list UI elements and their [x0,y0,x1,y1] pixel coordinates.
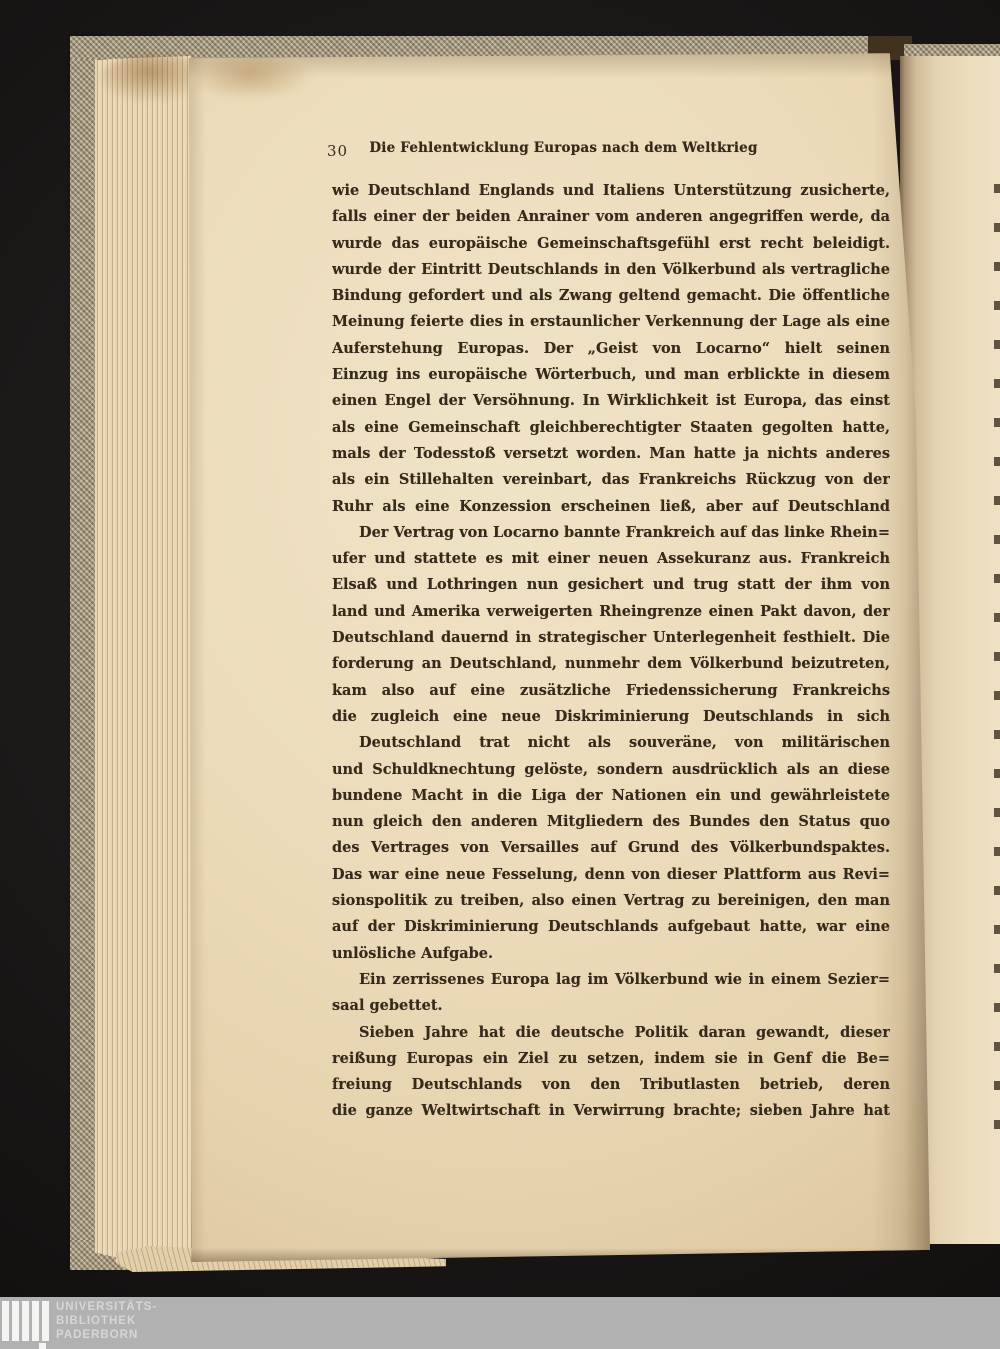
library-watermark-bar: UNIVERSITÄTS- BIBLIOTHEK PADERBORN [0,1297,1000,1349]
text-line: auf der Diskriminierung Deutschlands auf… [332,914,890,940]
text-line: Auferstehung Europas. Der „Geist von Loc… [332,336,890,362]
running-header: Die Fehlentwicklung Europas nach dem Wel… [332,140,890,156]
text-line: kam also auf eine zusätzliche Friedenssi… [332,678,890,704]
text-line: mals der Todesstoß versetzt worden. Man … [332,441,890,467]
text-line: als eine Gemeinschaft gleichberechtigter… [332,415,890,441]
page-header: 30 Die Fehlentwicklung Europas nach dem … [332,140,890,164]
text-line: als ein Stillehalten vereinbart, das Fra… [332,467,890,493]
page-corner-stain [185,58,315,100]
text-line: wurde das europäische Gemeinschaftsgefüh… [332,231,890,257]
text-line: sionspolitik zu treiben, also einen Vert… [332,888,890,914]
watermark-line-1: UNIVERSITÄTS- [56,1300,157,1314]
text-line: wie Deutschland Englands und Italiens Un… [332,178,890,204]
text-line: forderung an Deutschland, nunmehr dem Vö… [332,651,890,677]
text-line: Elsaß und Lothringen nun gesichert und t… [332,572,890,598]
text-line: Das war eine neue Fesselung, denn von di… [332,862,890,888]
text-line: Bindung gefordert und als Zwang geltend … [332,283,890,309]
text-line: land und Amerika verweigerten Rheingrenz… [332,599,890,625]
text-line: Deutschland trat nicht als souveräne, vo… [332,730,890,756]
text-line: Sieben Jahre hat die deutsche Politik da… [332,1020,890,1046]
text-line: die zugleich eine neue Diskriminierung D… [332,704,890,730]
text-line: Meinung feierte dies in erstaunlicher Ve… [332,309,890,335]
text-line: die ganze Weltwirtschaft in Verwirrung b… [332,1098,890,1124]
text-line: Ruhr als eine Konzession erscheinen ließ… [332,494,890,520]
text-line: reißung Europas ein Ziel zu setzen, inde… [332,1046,890,1072]
page-fore-edge-stack [95,56,191,1262]
book-photograph: 30 Die Fehlentwicklung Europas nach dem … [0,0,1000,1349]
text-line: und Schuldknechtung gelöste, sondern aus… [332,757,890,783]
text-line: des Vertrages von Versailles auf Grund d… [332,835,890,861]
facing-page-text-fragments [994,184,1000,1129]
text-line: saal gebettet. [332,993,890,1019]
text-line: ufer und stattete es mit einer neuen Ass… [332,546,890,572]
text-line: wurde der Eintritt Deutschlands in den V… [332,257,890,283]
text-line: einen Engel der Versöhnung. In Wirklichk… [332,388,890,414]
text-line: Der Vertrag von Locarno bannte Frankreic… [332,520,890,546]
text-line: Deutschland dauernd in strategischer Unt… [332,625,890,651]
text-line: bundene Macht in die Liga der Nationen e… [332,783,890,809]
library-watermark-text: UNIVERSITÄTS- BIBLIOTHEK PADERBORN [56,1300,157,1342]
book-cover-spine [70,36,98,1266]
text-line: Ein zerrissenes Europa lag im Völkerbund… [332,967,890,993]
watermark-line-3: PADERBORN [56,1328,157,1342]
page-number: 30 [327,142,348,160]
text-line: unlösliche Aufgabe. [332,941,890,967]
text-line: falls einer der beiden Anrainer vom ande… [332,204,890,230]
watermark-line-2: BIBLIOTHEK [56,1314,157,1328]
text-line: Einzug ins europäische Wörterbuch, und m… [332,362,890,388]
book-page: 30 Die Fehlentwicklung Europas nach dem … [186,52,930,1262]
library-logo-icon [2,1301,52,1347]
text-line: nun gleich den anderen Mitgliedern des B… [332,809,890,835]
page-shadow-bottom [186,1248,930,1262]
text-line: freiung Deutschlands von den Tributlaste… [332,1072,890,1098]
page-body-text: wie Deutschland Englands und Italiens Un… [332,178,890,1125]
